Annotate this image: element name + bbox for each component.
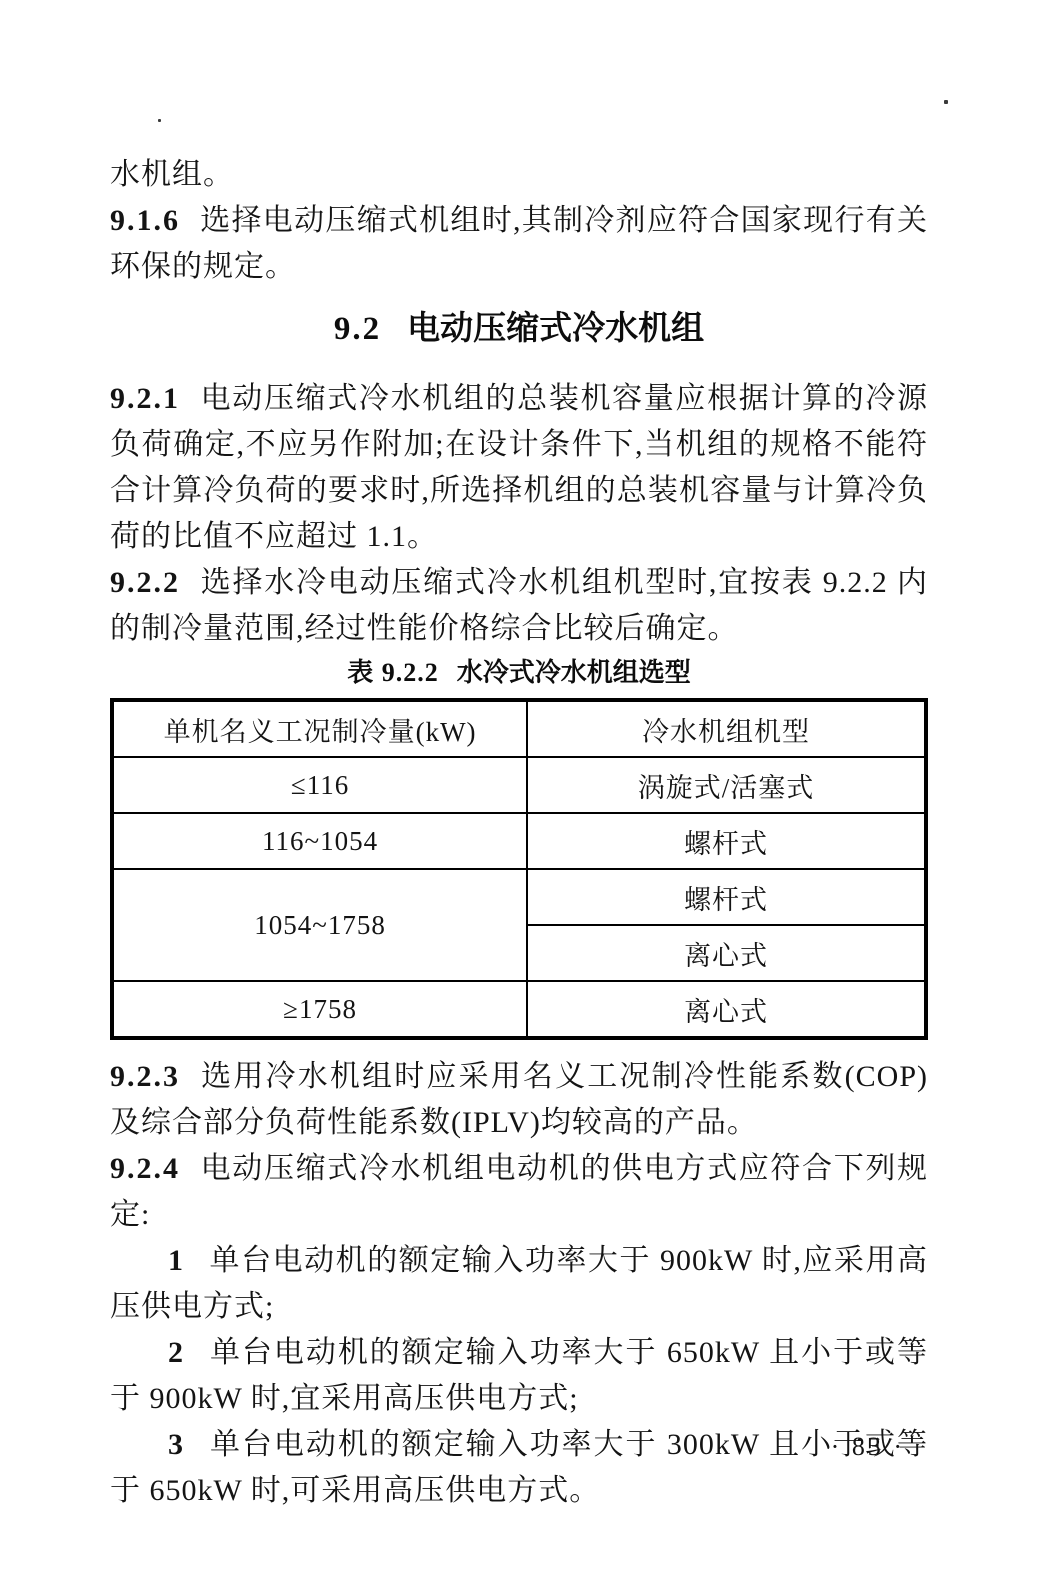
table-row: 1054~1758 螺杆式 bbox=[112, 869, 926, 925]
chiller-selection-table: 单机名义工况制冷量(kW) 冷水机组机型 ≤116 涡旋式/活塞式 116~10… bbox=[110, 698, 928, 1040]
list-item-1: 1单台电动机的额定输入功率大于 900kW 时,应采用高压供电方式; bbox=[110, 1238, 928, 1330]
scan-speck bbox=[158, 119, 161, 122]
item-text: 单台电动机的额定输入功率大于 650kW 且小于或等于 900kW 时,宜采用高… bbox=[110, 1336, 928, 1415]
document-page: 水机组。 9.1.6选择电动压缩式机组时,其制冷剂应符合国家现行有关环保的规定。… bbox=[0, 0, 1051, 1586]
clause-9-2-1: 9.2.1电动压缩式冷水机组的总装机容量应根据计算的冷源负荷确定,不应另作附加;… bbox=[110, 376, 928, 560]
clause-9-2-4: 9.2.4电动压缩式冷水机组电动机的供电方式应符合下列规定: bbox=[110, 1146, 928, 1238]
list-item-3: 3单台电动机的额定输入功率大于 300kW 且小于或等于 650kW 时,可采用… bbox=[110, 1422, 928, 1514]
list-item-2: 2单台电动机的额定输入功率大于 650kW 且小于或等于 900kW 时,宜采用… bbox=[110, 1330, 928, 1422]
clause-number: 9.1.6 bbox=[110, 204, 180, 237]
type-cell: 涡旋式/活塞式 bbox=[527, 757, 926, 813]
page-content: 水机组。 9.1.6选择电动压缩式机组时,其制冷剂应符合国家现行有关环保的规定。… bbox=[110, 152, 928, 1514]
table-row: ≤116 涡旋式/活塞式 bbox=[112, 757, 926, 813]
capacity-cell: ≥1758 bbox=[112, 981, 527, 1038]
item-number: 1 bbox=[168, 1244, 185, 1277]
clause-text: 选择水冷电动压缩式冷水机组机型时,宜按表 9.2.2 内的制冷量范围,经过性能价… bbox=[110, 566, 928, 645]
item-text: 单台电动机的额定输入功率大于 300kW 且小于或等于 650kW 时,可采用高… bbox=[110, 1428, 928, 1507]
section-number: 9.2 bbox=[334, 311, 381, 347]
item-number: 2 bbox=[168, 1336, 185, 1369]
type-cell: 螺杆式 bbox=[527, 813, 926, 869]
table-row: ≥1758 离心式 bbox=[112, 981, 926, 1038]
table-caption-title: 水冷式冷水机组选型 bbox=[457, 658, 691, 687]
clause-number: 9.2.4 bbox=[110, 1152, 180, 1185]
col-header-capacity: 单机名义工况制冷量(kW) bbox=[112, 700, 527, 757]
clause-text: 选择电动压缩式机组时,其制冷剂应符合国家现行有关环保的规定。 bbox=[110, 204, 928, 283]
item-text: 单台电动机的额定输入功率大于 900kW 时,应采用高压供电方式; bbox=[110, 1244, 928, 1323]
table-caption-label: 表 9.2.2 bbox=[347, 658, 439, 687]
table-row: 116~1054 螺杆式 bbox=[112, 813, 926, 869]
type-cell: 螺杆式 bbox=[527, 869, 926, 925]
clause-text: 电动压缩式冷水机组的总装机容量应根据计算的冷源负荷确定,不应另作附加;在设计条件… bbox=[110, 382, 928, 553]
table-header-row: 单机名义工况制冷量(kW) 冷水机组机型 bbox=[112, 700, 926, 757]
clause-9-2-2: 9.2.2选择水冷电动压缩式冷水机组机型时,宜按表 9.2.2 内的制冷量范围,… bbox=[110, 560, 928, 652]
scan-speck bbox=[944, 100, 948, 104]
capacity-cell: ≤116 bbox=[112, 757, 527, 813]
page-number: · 83 · bbox=[831, 1432, 905, 1462]
clause-9-1-6: 9.1.6选择电动压缩式机组时,其制冷剂应符合国家现行有关环保的规定。 bbox=[110, 198, 928, 290]
clause-9-2-3: 9.2.3选用冷水机组时应采用名义工况制冷性能系数(COP)及综合部分负荷性能系… bbox=[110, 1054, 928, 1146]
section-title: 电动压缩式冷水机组 bbox=[407, 311, 704, 347]
section-heading-9-2: 9.2电动压缩式冷水机组 bbox=[110, 306, 928, 352]
clause-text: 电动压缩式冷水机组电动机的供电方式应符合下列规定: bbox=[110, 1152, 928, 1231]
type-cell: 离心式 bbox=[527, 925, 926, 981]
table-caption: 表 9.2.2水冷式冷水机组选型 bbox=[110, 658, 928, 688]
clause-text: 选用冷水机组时应采用名义工况制冷性能系数(COP)及综合部分负荷性能系数(IPL… bbox=[110, 1060, 928, 1139]
clause-number: 9.2.3 bbox=[110, 1060, 180, 1093]
capacity-cell: 1054~1758 bbox=[112, 869, 527, 981]
item-number: 3 bbox=[168, 1428, 185, 1461]
paragraph-continuation: 水机组。 bbox=[110, 152, 928, 198]
clause-number: 9.2.1 bbox=[110, 382, 180, 415]
capacity-cell: 116~1054 bbox=[112, 813, 527, 869]
type-cell: 离心式 bbox=[527, 981, 926, 1038]
clause-number: 9.2.2 bbox=[110, 566, 180, 599]
col-header-type: 冷水机组机型 bbox=[527, 700, 926, 757]
